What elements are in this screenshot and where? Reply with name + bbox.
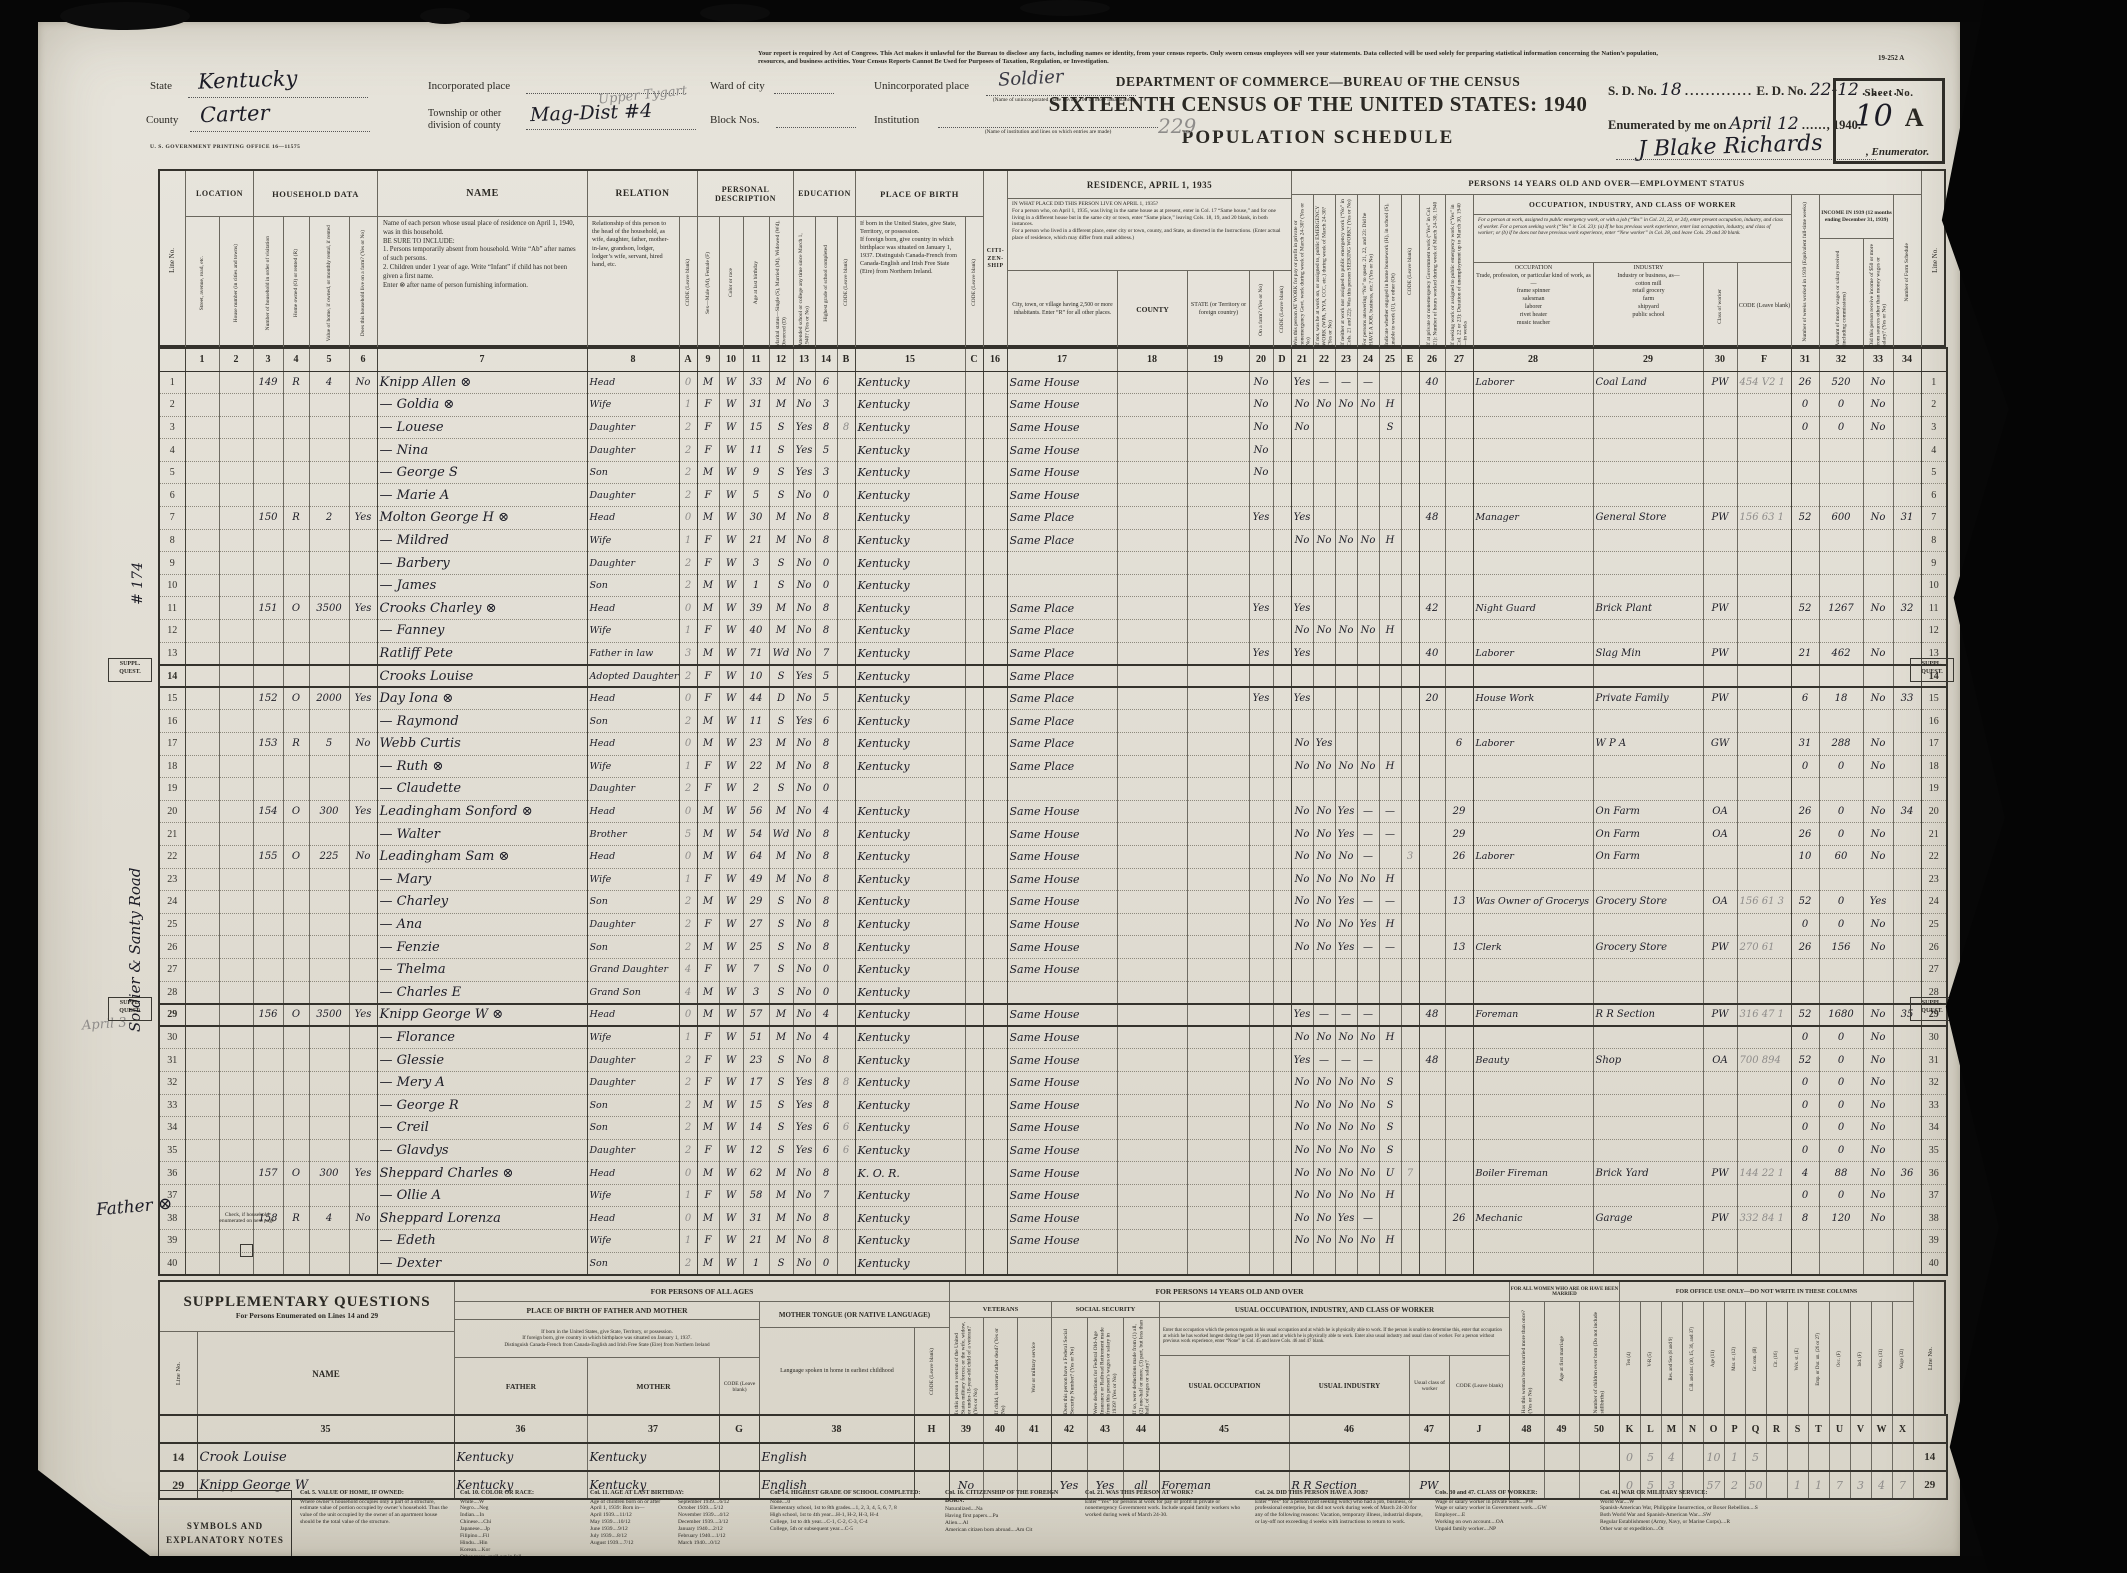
col12-marital-header: Marital status—Single (S), Married (M), … — [770, 217, 794, 349]
cell — [965, 710, 983, 733]
col-number: 47 — [1409, 1415, 1449, 1443]
col25-other-status-header: Indicate whether engaged in home housewo… — [1380, 195, 1402, 349]
cell: 2 — [679, 484, 697, 507]
cell — [1117, 552, 1187, 575]
col-number: 8 — [587, 348, 679, 371]
cell: — — [1335, 1004, 1357, 1027]
cell — [965, 800, 983, 823]
cell — [1117, 1071, 1187, 1094]
cell: W — [719, 484, 743, 507]
cell: 11 — [743, 710, 769, 733]
cell: Same Place — [1007, 642, 1117, 665]
cell: Garage — [1593, 1207, 1703, 1230]
cell — [1117, 981, 1187, 1004]
cell — [1473, 394, 1593, 417]
group-place-of-birth: PLACE OF BIRTH — [856, 171, 984, 217]
cell: S — [769, 1139, 793, 1162]
cell — [1419, 1207, 1445, 1230]
margin-road-note: Soldier & Santy Road — [126, 732, 144, 1032]
supp-line-col-right: Line No. — [1914, 1302, 1948, 1416]
cell — [1117, 1184, 1187, 1207]
cell: Yes — [793, 1117, 815, 1140]
cell: O — [283, 1004, 309, 1027]
cell — [1273, 845, 1291, 868]
cell — [185, 1049, 219, 1072]
occupation-instructions: For a person at work, assigned to public… — [1474, 215, 1792, 263]
cell: W — [719, 981, 743, 1004]
cell — [1007, 552, 1117, 575]
cell: 0 — [679, 845, 697, 868]
cell: Webb Curtis — [377, 733, 587, 756]
cell — [185, 1184, 219, 1207]
person-row: 23— MaryWife1FW49MNo8KentuckySame HouseN… — [159, 868, 1947, 891]
cell — [1893, 823, 1921, 846]
cell: 2 — [679, 1071, 697, 1094]
cell — [1445, 1071, 1473, 1094]
cell: 10 — [159, 574, 185, 597]
cell: 31 — [159, 1049, 185, 1072]
cell — [1819, 981, 1863, 1004]
population-schedule-table: 12345678A91011121314B15C1617181920D21222… — [158, 347, 1948, 1276]
cell: Yes — [1863, 891, 1893, 914]
cell: M — [697, 981, 719, 1004]
cell — [185, 687, 219, 710]
cell: 32 — [159, 1071, 185, 1094]
cell: F — [697, 1184, 719, 1207]
cell — [983, 755, 1007, 778]
cell: 30 — [159, 1026, 185, 1049]
cell: 33 — [1893, 687, 1921, 710]
cell: — George S — [377, 461, 587, 484]
col-number: 31 — [1791, 348, 1819, 371]
cell: Wife — [587, 1230, 679, 1253]
cell — [1737, 913, 1791, 936]
cell: 0 — [679, 687, 697, 710]
cell — [965, 620, 983, 643]
cell — [1473, 529, 1593, 552]
cell — [1291, 958, 1313, 981]
cell: M — [697, 1207, 719, 1230]
cell — [1401, 981, 1419, 1004]
cell — [1703, 778, 1737, 801]
cell — [1419, 552, 1445, 575]
cell — [983, 461, 1007, 484]
cell: S — [1379, 1071, 1401, 1094]
cell — [253, 936, 283, 959]
cell — [1419, 394, 1445, 417]
cell — [1335, 484, 1357, 507]
cell: 0 — [1819, 1026, 1863, 1049]
cell — [1273, 1162, 1291, 1185]
col18-county-header: COUNTY — [1118, 271, 1188, 349]
cell — [1335, 958, 1357, 981]
cell: No — [1863, 687, 1893, 710]
cell — [253, 461, 283, 484]
col-number: 45 — [1159, 1415, 1289, 1443]
cell: 28 — [159, 981, 185, 1004]
cell — [219, 1162, 253, 1185]
cell — [1893, 1094, 1921, 1117]
cell: No — [793, 755, 815, 778]
cell: 0 — [1791, 1094, 1819, 1117]
cell — [309, 868, 349, 891]
cell: Was Owner of Grocerys — [1473, 891, 1593, 914]
cell — [309, 1252, 349, 1275]
cell: 16 — [159, 710, 185, 733]
cell — [185, 958, 219, 981]
cell — [837, 552, 855, 575]
sheet-number-value: 10 — [1855, 99, 1893, 134]
cell: Head — [587, 1162, 679, 1185]
cell — [1593, 394, 1703, 417]
cell: No — [793, 868, 815, 891]
cell: Yes — [1313, 733, 1335, 756]
cell — [1291, 574, 1313, 597]
cell: Same Place — [1007, 597, 1117, 620]
cell: 316 47 1 — [1737, 1004, 1791, 1027]
cell: 1 — [679, 1230, 697, 1253]
cell: W — [719, 1049, 743, 1072]
cell: Yes — [1335, 1207, 1357, 1230]
cell: 2 — [679, 416, 697, 439]
cell: — — [1379, 800, 1401, 823]
cell: Same House — [1007, 868, 1117, 891]
col34-farm-schedule-header: Number of Farm Schedule — [1894, 195, 1922, 349]
cell: 26 — [1445, 845, 1473, 868]
cell — [1893, 1139, 1921, 1162]
cell: 156 — [253, 1004, 283, 1027]
col30-class-header: Class of worker — [1704, 263, 1738, 349]
cell — [309, 1071, 349, 1094]
unincorporated-value: Soldier — [997, 66, 1063, 90]
cell — [185, 394, 219, 417]
cell — [1473, 958, 1593, 981]
col-number: O — [1703, 1415, 1724, 1443]
cell: No — [1291, 733, 1313, 756]
cell — [1419, 439, 1445, 462]
cell — [1117, 845, 1187, 868]
cell: — — [1313, 1004, 1335, 1027]
cell — [349, 1252, 377, 1275]
cell: Adopted Daughter — [587, 665, 679, 688]
cell: No — [1335, 620, 1357, 643]
cell — [1249, 868, 1273, 891]
cell — [983, 868, 1007, 891]
banner-all-ages: FOR PERSONS OF ALL AGES — [455, 1282, 950, 1302]
cell: No — [1291, 1162, 1313, 1185]
cell — [185, 1004, 219, 1027]
cell: 300 — [309, 1162, 349, 1185]
cell: 6 — [837, 1139, 855, 1162]
cell — [837, 507, 855, 530]
cell: Laborer — [1473, 733, 1593, 756]
person-row: 14Crooks LouiseAdopted Daughter2FW10SYes… — [159, 665, 1947, 688]
cell: Yes — [1335, 936, 1357, 959]
cell — [349, 461, 377, 484]
scan-edge-bottom — [0, 1556, 2127, 1573]
cell — [1445, 394, 1473, 417]
cell — [1893, 1026, 1921, 1049]
cell — [349, 484, 377, 507]
cell — [1593, 1184, 1703, 1207]
cell — [983, 665, 1007, 688]
cell: 29 — [159, 1004, 185, 1027]
cell: No — [1863, 800, 1893, 823]
cell — [1357, 574, 1379, 597]
cell: Same House — [1007, 484, 1117, 507]
cell: Kentucky — [855, 958, 965, 981]
cell — [349, 710, 377, 733]
cell — [1703, 529, 1737, 552]
cell: No — [1357, 1094, 1379, 1117]
col28-occupation-header: OCCUPATION Trade, profession, or particu… — [1474, 263, 1594, 349]
cell: R — [283, 507, 309, 530]
cell: M — [769, 1004, 793, 1027]
cell: 151 — [253, 597, 283, 620]
cell — [1473, 1184, 1593, 1207]
cell — [1335, 574, 1357, 597]
cell — [1357, 958, 1379, 981]
cell — [965, 981, 983, 1004]
cell — [1445, 620, 1473, 643]
cell — [349, 1049, 377, 1072]
cell — [1893, 394, 1921, 417]
cell — [349, 755, 377, 778]
cell: 8 — [815, 1094, 837, 1117]
cell — [1593, 1026, 1703, 1049]
person-row: 4— NinaDaughter2FW11SYes5KentuckySame Ho… — [159, 439, 1947, 462]
cell — [1187, 958, 1249, 981]
cell — [1703, 845, 1737, 868]
cell — [349, 620, 377, 643]
cell — [1401, 687, 1419, 710]
cell — [283, 778, 309, 801]
col-number: 5 — [309, 348, 349, 371]
cell: OA — [1703, 800, 1737, 823]
cell — [1473, 552, 1593, 575]
cell — [837, 439, 855, 462]
cell: No — [793, 1004, 815, 1027]
cell: 0 — [679, 800, 697, 823]
cell: No — [793, 1162, 815, 1185]
cell: — — [1335, 1049, 1357, 1072]
cell: Wd — [769, 642, 793, 665]
cell — [1544, 1443, 1579, 1471]
cell: Wife — [587, 1026, 679, 1049]
cell — [1117, 868, 1187, 891]
cell: 27 — [1921, 958, 1947, 981]
cell — [1703, 755, 1737, 778]
cell: M — [769, 371, 793, 394]
cell: — Ruth ⊗ — [377, 755, 587, 778]
cell — [1313, 710, 1335, 733]
cell — [253, 710, 283, 733]
cell: 33 — [159, 1094, 185, 1117]
cell: — — [1357, 1004, 1379, 1027]
cell — [309, 823, 349, 846]
cell: No — [1313, 913, 1335, 936]
cell — [349, 981, 377, 1004]
cell: Sheppard Lorenza — [377, 1207, 587, 1230]
cell — [965, 687, 983, 710]
cell: No — [793, 1230, 815, 1253]
cell: 56 — [743, 800, 769, 823]
cell — [309, 620, 349, 643]
cell — [837, 461, 855, 484]
cell — [1473, 1139, 1593, 1162]
cell: 5 — [309, 733, 349, 756]
cell — [1273, 1071, 1291, 1094]
cell: Same House — [1007, 823, 1117, 846]
cell — [349, 1139, 377, 1162]
cell — [1819, 552, 1863, 575]
cell: Yes — [1335, 891, 1357, 914]
cell: No — [1335, 755, 1357, 778]
cell: 40 — [1419, 371, 1445, 394]
cell — [283, 394, 309, 417]
cell — [219, 665, 253, 688]
cell — [1766, 1443, 1787, 1471]
suppl-quest-tag-left-14: SUPPL.QUEST. — [108, 658, 152, 682]
cell: No — [1291, 620, 1313, 643]
cell — [1401, 552, 1419, 575]
institution-caption: (Name of institution and lines on which … — [938, 129, 1158, 135]
cell — [1419, 1071, 1445, 1094]
pencil-page-number: 229 — [1158, 114, 1196, 138]
cell: No — [1335, 1139, 1357, 1162]
note-title: Col. 11. AGE AT LAST BIRTHDAY: — [590, 1490, 760, 1498]
cell: H — [1379, 1026, 1401, 1049]
cell: Head — [587, 1004, 679, 1027]
cell: Kentucky — [855, 552, 965, 575]
cell — [283, 958, 309, 981]
cell: Knipp Allen ⊗ — [377, 371, 587, 394]
form-number: 19-252 A — [1878, 54, 1904, 62]
cell — [1117, 394, 1187, 417]
cell: 3500 — [309, 597, 349, 620]
cell: — Fenzie — [377, 936, 587, 959]
cell — [1187, 1207, 1249, 1230]
cell — [1445, 507, 1473, 530]
cell — [1473, 1252, 1593, 1275]
cell: S — [769, 1117, 793, 1140]
cell: No — [1863, 1026, 1893, 1049]
cell — [1357, 461, 1379, 484]
col23-seeking-work-header: If neither at work nor assigned to publi… — [1336, 195, 1358, 349]
cell — [219, 710, 253, 733]
cell: 20 — [159, 800, 185, 823]
scan-smudge-2 — [420, 8, 470, 24]
cell — [1445, 1252, 1473, 1275]
cell: Crook Louise — [197, 1443, 454, 1471]
cell: 23 — [743, 1049, 769, 1072]
person-row: 36157O300YesSheppard Charles ⊗Head0MW62M… — [159, 1162, 1947, 1185]
cell: 0 — [1819, 1071, 1863, 1094]
cell: 48 — [1419, 1004, 1445, 1027]
cell — [1401, 1139, 1419, 1162]
unincorporated-caption: (Name of unincorporated place having 100… — [968, 97, 1158, 103]
cell — [1401, 800, 1419, 823]
cell: — Nina — [377, 439, 587, 462]
cell: No — [1291, 800, 1313, 823]
cell: — — [1357, 371, 1379, 394]
cell — [253, 1026, 283, 1049]
cell — [1863, 868, 1893, 891]
cell: 14 — [159, 1443, 197, 1471]
cell — [1273, 687, 1291, 710]
cell: No — [793, 1252, 815, 1275]
cell: 156 61 3 — [1737, 891, 1791, 914]
cell — [983, 710, 1007, 733]
cell: 2 — [159, 394, 185, 417]
col-number: G — [719, 1415, 759, 1443]
cell: S — [769, 710, 793, 733]
cell: No — [793, 371, 815, 394]
ward-label: Ward of city — [710, 80, 765, 92]
cell — [1117, 687, 1187, 710]
cell — [1863, 552, 1893, 575]
cell — [1893, 913, 1921, 936]
col-number: 10 — [719, 348, 743, 371]
cell: 26 — [1791, 823, 1819, 846]
person-row: 7150R2YesMolton George H ⊗Head0MW30MNo8K… — [159, 507, 1947, 530]
cell — [1401, 1252, 1419, 1275]
cell: Head — [587, 371, 679, 394]
cell — [1273, 484, 1291, 507]
cell — [1335, 687, 1357, 710]
cell: 27 — [159, 958, 185, 981]
cell: Same House — [1007, 1094, 1117, 1117]
cell — [219, 552, 253, 575]
cell — [309, 891, 349, 914]
cell — [1401, 620, 1419, 643]
col27-unemployment-header: If seeking work or assigned to public em… — [1446, 195, 1474, 349]
cell: No — [1313, 1071, 1335, 1094]
cell: 25 — [159, 913, 185, 936]
cell: 8 — [815, 936, 837, 959]
note-title: Col. 14. HIGHEST GRADE OF SCHOOL COMPLET… — [770, 1490, 935, 1498]
cell: 0 — [815, 574, 837, 597]
cell: 2 — [679, 891, 697, 914]
cell — [349, 936, 377, 959]
cell — [1593, 755, 1703, 778]
cell: Foreman — [1473, 1004, 1593, 1027]
cell — [1335, 710, 1357, 733]
cell — [837, 1184, 855, 1207]
cell: No — [1313, 620, 1335, 643]
cell: Grand Daughter — [587, 958, 679, 981]
cell: No — [1291, 823, 1313, 846]
office-col-header: Age (11) — [1704, 1302, 1725, 1416]
cell — [1791, 484, 1819, 507]
cell: No — [1291, 755, 1313, 778]
cell — [1159, 1443, 1289, 1471]
cell — [1249, 1252, 1273, 1275]
cell — [1893, 936, 1921, 959]
cell: — Louese — [377, 416, 587, 439]
cell — [219, 642, 253, 665]
cell — [965, 1094, 983, 1117]
supp-codeG-header: CODE (Leave blank) — [720, 1358, 760, 1416]
supp-col42-header: Does this person have a Federal Social S… — [1052, 1318, 1088, 1416]
cell: Coal Land — [1593, 371, 1703, 394]
cell: No — [1291, 868, 1313, 891]
cell — [1863, 484, 1893, 507]
col-number: 50 — [1579, 1415, 1619, 1443]
cell: 52 — [1791, 597, 1819, 620]
cell: H — [1379, 529, 1401, 552]
cell: 25 — [1921, 913, 1947, 936]
